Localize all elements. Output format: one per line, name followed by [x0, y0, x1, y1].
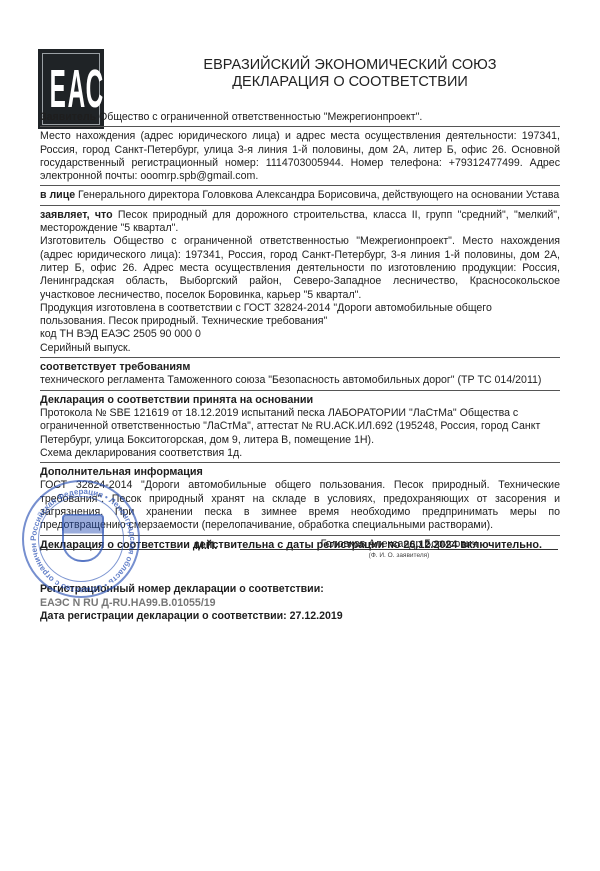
signatory-name-caption: (Ф. И. О. заявителя) — [240, 552, 558, 559]
stamp-place-label: М.П. — [195, 540, 217, 552]
stamp-emblem-icon — [62, 514, 104, 562]
basis-text: Протокола № SBE 121619 от 18.12.2019 исп… — [40, 407, 560, 447]
header-union-title: ЕВРАЗИЙСКИЙ ЭКОНОМИЧЕСКИЙ СОЮЗ — [160, 57, 540, 74]
applicant-value: Общество с ограниченной ответственностью… — [96, 111, 422, 123]
hs-code: код ТН ВЭД ЕАЭС 2505 90 000 0 — [40, 328, 560, 341]
declares-section: заявляет, что Песок природный для дорожн… — [40, 209, 560, 358]
manufacturer-text: Изготовитель Общество с ограниченной отв… — [40, 235, 560, 301]
standard-text: Продукция изготовлена в соответствии с Г… — [40, 302, 560, 329]
registration-date: Дата регистрации декларации о соответств… — [40, 610, 560, 624]
conforms-text: технического регламента Таможенного союз… — [40, 374, 560, 387]
signatory-name: Головков Александр Борисович — [240, 538, 558, 550]
basis-scheme: Схема декларирования соответствия 1д. — [40, 447, 560, 460]
applicant-section: Заявитель Общество с ограниченной ответс… — [40, 111, 560, 127]
address-section: Место нахождения (адрес юридического лиц… — [40, 130, 560, 186]
conforms-section: соответствует требованиям технического р… — [40, 361, 560, 391]
product-description: заявляет, что Песок природный для дорожн… — [40, 209, 560, 236]
eac-letter-e: Е — [49, 62, 57, 116]
represented-by-value: Генерального директора Головкова Алексан… — [75, 189, 559, 201]
declares-label: заявляет, что — [40, 209, 113, 221]
represented-by-label: в лице — [40, 189, 75, 201]
eac-letter-a: А — [67, 62, 75, 116]
header-document-title: ДЕКЛАРАЦИЯ О СООТВЕТСТВИИ — [160, 74, 540, 91]
additional-label: Дополнительная информация — [40, 466, 560, 479]
product-text: Песок природный для дорожного строительс… — [40, 209, 560, 234]
basis-section: Декларация о соответствии принята на осн… — [40, 394, 560, 463]
represented-by-section: в лице Генерального директора Головкова … — [40, 189, 560, 205]
eac-letter-c: С — [85, 62, 93, 116]
declaration-document: Е А С ЕВРАЗИЙСКИЙ ЭКОНОМИЧЕСКИЙ СОЮЗ ДЕК… — [0, 0, 600, 871]
company-stamp: Российская Федерация • Ленинградская обл… — [22, 480, 140, 598]
basis-label: Декларация о соответствии принята на осн… — [40, 394, 560, 407]
applicant-label: Заявитель — [40, 111, 96, 123]
address-text: Место нахождения (адрес юридического лиц… — [40, 130, 560, 182]
conforms-label: соответствует требованиям — [40, 361, 560, 374]
release-type: Серийный выпуск. — [40, 342, 560, 355]
document-header: ЕВРАЗИЙСКИЙ ЭКОНОМИЧЕСКИЙ СОЮЗ ДЕКЛАРАЦИ… — [160, 57, 540, 91]
